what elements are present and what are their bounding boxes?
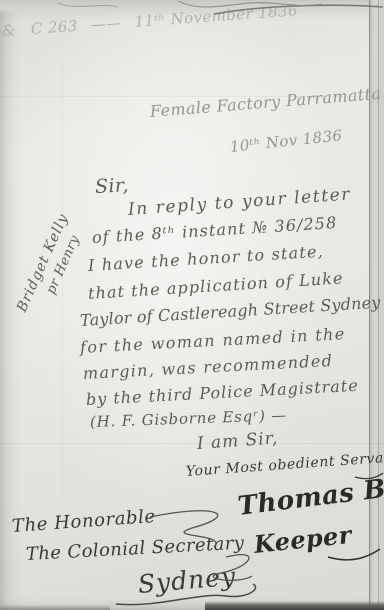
body-line: I have the honor to state, — [87, 242, 324, 275]
paper-crease — [0, 443, 384, 444]
salutation: Sir, — [94, 174, 129, 198]
addressee-city: Sydney — [137, 561, 237, 598]
registration-separator: —— — [90, 14, 122, 34]
addressee-honorific: The Honorable — [11, 506, 156, 537]
bottom-page-edge-left — [0, 605, 110, 610]
manuscript-letter-scan: & C 263 —— 11ᵗʰ November 1836 Female Fac… — [0, 0, 384, 610]
bottom-page-edge — [205, 601, 384, 610]
addressee-title: The Colonial Secretary — [25, 533, 244, 565]
margin-annotation: Bridget Kelly pr Henry — [14, 211, 89, 322]
signature: Thomas Bell — [236, 469, 384, 521]
signature-role: Keeper — [252, 520, 352, 559]
valediction-1: I am Sir, — [196, 428, 279, 454]
heading-place: Female Factory Parramatta — [149, 84, 382, 121]
registration-mark: & — [1, 21, 16, 40]
heading-date: 10ᵗʰ Nov 1836 — [229, 126, 343, 156]
valediction-2: Your Most obedient Servant — [185, 449, 384, 480]
body-line: (H. F. Gisborne Esqʳ) — — [90, 406, 288, 431]
registration-number: C 263 — [30, 17, 78, 38]
